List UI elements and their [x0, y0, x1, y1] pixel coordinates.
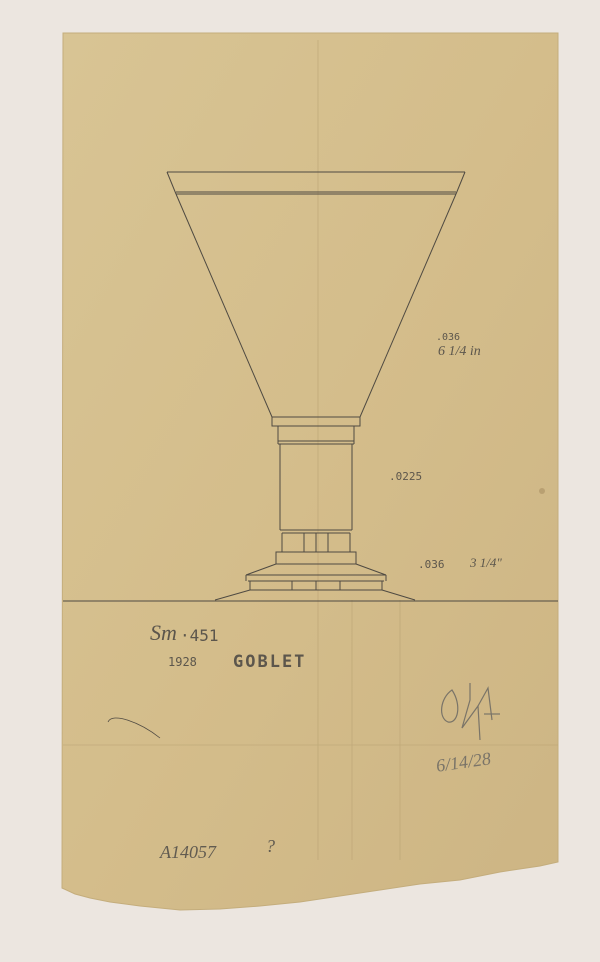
model-number-value: 451: [190, 626, 219, 645]
stem-thickness-label: .0225: [389, 470, 422, 483]
foot-thickness-label: .036: [418, 558, 445, 571]
bowl-thickness-label: .036: [436, 332, 460, 343]
inventory-number: A14057: [160, 842, 216, 863]
drawing-sheet: .036 6 1/4 in .0225 .036 3 1/4" Sm ·451 …: [0, 0, 600, 962]
model-number: ·451: [180, 626, 219, 645]
paper: [62, 33, 558, 910]
paper-and-drawing: [0, 0, 600, 962]
bowl-height-label: 6 1/4 in: [438, 344, 481, 360]
monogram: Sm: [150, 620, 177, 646]
year-label: 1928: [168, 655, 197, 669]
foot-height-label: 3 1/4": [470, 555, 502, 571]
goblet-title: GOBLET: [233, 652, 306, 672]
query-mark: ?: [266, 836, 275, 857]
